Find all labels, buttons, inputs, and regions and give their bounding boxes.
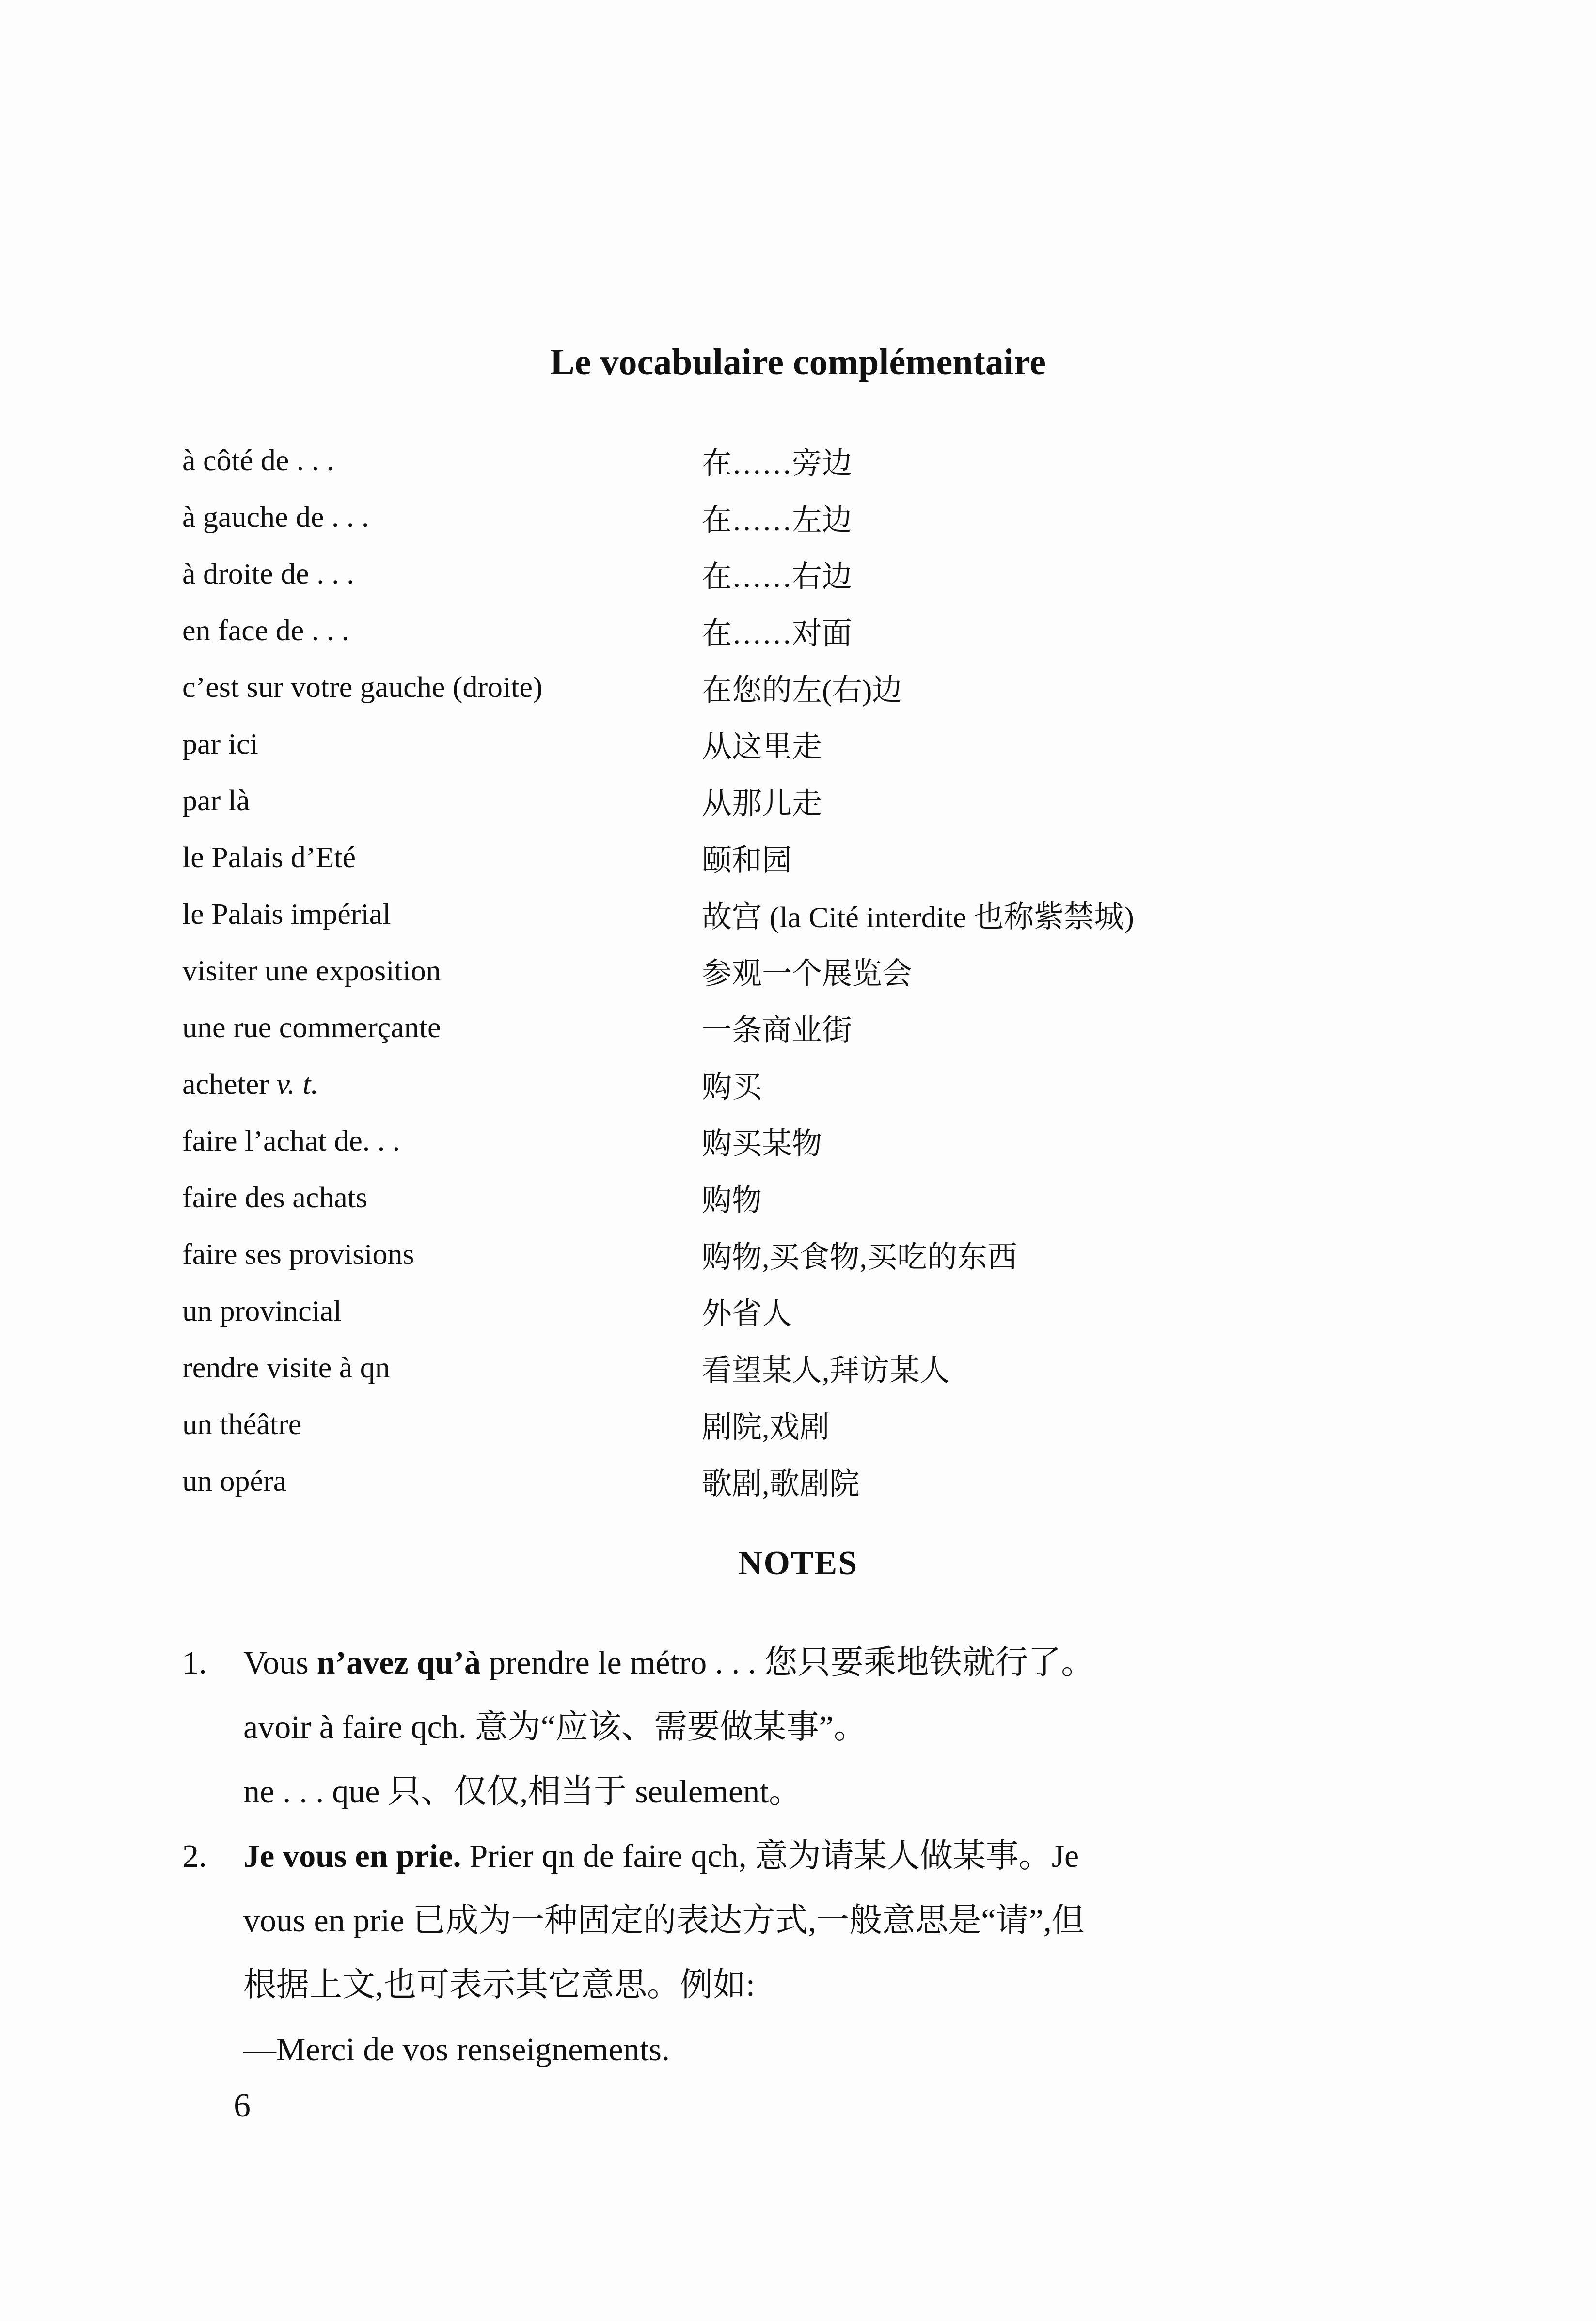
vocab-french-segment: en face de . . .	[182, 614, 349, 647]
vocab-chinese-translation: 歌剧,歌剧院	[702, 1460, 1538, 1503]
vocab-french-term: le Palais impérial	[182, 897, 702, 932]
vocab-chinese-translation: 在您的左(右)边	[702, 666, 1538, 709]
vocab-row: à côté de . . .在……旁边	[182, 432, 1538, 489]
vocab-french-segment: à gauche de . . .	[182, 501, 369, 534]
vocab-list: à côté de . . .在……旁边à gauche de . . .在………	[182, 432, 1538, 1510]
vocab-chinese-translation: 看望某人,拜访某人	[702, 1346, 1538, 1389]
vocab-french-segment: c’est sur votre gauche (droite)	[182, 671, 543, 704]
vocab-french-term: un opéra	[182, 1464, 702, 1499]
vocab-french-segment: rendre visite à qn	[182, 1351, 390, 1384]
vocab-chinese-translation: 剧院,戏剧	[702, 1403, 1538, 1446]
note-item: 1.Vous n’avez qu’à prendre le métro . . …	[182, 1630, 1538, 1824]
vocab-french-segment: un théâtre	[182, 1408, 301, 1441]
vocab-chinese-translation: 购物,买食物,买吃的东西	[702, 1233, 1538, 1276]
page-title: Le vocabulaire complémentaire	[0, 340, 1596, 384]
vocab-row: rendre visite à qn看望某人,拜访某人	[182, 1340, 1538, 1396]
note-item: 2.Je vous en prie. Prier qn de faire qch…	[182, 1824, 1538, 2082]
vocab-french-term: à côté de . . .	[182, 443, 702, 478]
vocab-french-term: acheter v. t.	[182, 1067, 702, 1102]
vocab-chinese-translation: 一条商业街	[702, 1006, 1538, 1049]
note-text-segment: Vous	[243, 1644, 317, 1681]
note-text-segment: Je vous en prie.	[243, 1837, 461, 1874]
notes-heading: NOTES	[0, 1543, 1596, 1584]
vocab-french-term: faire l’achat de. . .	[182, 1124, 702, 1158]
vocab-row: un théâtre剧院,戏剧	[182, 1396, 1538, 1453]
note-number: 1.	[182, 1630, 243, 1695]
vocab-chinese-translation: 购买	[702, 1063, 1538, 1106]
vocab-chinese-translation: 参观一个展览会	[702, 949, 1538, 993]
vocab-row: le Palais d’Eté颐和园	[182, 829, 1538, 886]
vocab-chinese-translation: 故宫 (la Cité interdite 也称紫禁城)	[702, 893, 1538, 936]
vocab-row: en face de . . .在……对面	[182, 602, 1538, 659]
vocab-french-segment: v. t.	[276, 1068, 318, 1101]
textbook-page: Le vocabulaire complémentaire à côté de …	[0, 0, 1596, 2321]
vocab-chinese-translation: 从那儿走	[702, 779, 1538, 822]
vocab-row: à droite de . . .在……右边	[182, 546, 1538, 602]
note-line: 2.Je vous en prie. Prier qn de faire qch…	[182, 1824, 1538, 1888]
note-line: ne . . . que 只、仅仅,相当于 seulement。	[182, 1759, 1538, 1824]
vocab-french-term: c’est sur votre gauche (droite)	[182, 670, 702, 705]
vocab-chinese-translation: 购物	[702, 1176, 1538, 1219]
vocab-french-term: le Palais d’Eté	[182, 840, 702, 875]
vocab-french-term: à gauche de . . .	[182, 500, 702, 535]
page-number: 6	[234, 2085, 251, 2126]
vocab-chinese-translation: 外省人	[702, 1290, 1538, 1333]
vocab-french-segment: à côté de . . .	[182, 444, 334, 477]
vocab-chinese-translation: 颐和园	[702, 836, 1538, 879]
vocab-french-segment: visiter une exposition	[182, 954, 441, 987]
note-text-segment: 根据上文,也可表示其它意思。例如:	[243, 1966, 755, 2003]
note-text-segment: Prier qn de faire qch, 意为请某人做某事。Je	[461, 1837, 1079, 1874]
vocab-french-segment: acheter	[182, 1068, 276, 1101]
note-line: —Merci de vos renseignements.	[182, 2017, 1538, 2082]
note-text-segment: —Merci de vos renseignements.	[243, 2031, 670, 2068]
note-text-segment: n’avez qu’à	[317, 1644, 481, 1681]
vocab-french-segment: un opéra	[182, 1465, 286, 1498]
note-line: 根据上文,也可表示其它意思。例如:	[182, 1953, 1538, 2017]
vocab-chinese-translation: 在……右边	[702, 553, 1538, 596]
vocab-row: faire ses provisions购物,买食物,买吃的东西	[182, 1226, 1538, 1283]
vocab-row: le Palais impérial故宫 (la Cité interdite …	[182, 886, 1538, 943]
note-line: avoir à faire qch. 意为“应该、需要做某事”。	[182, 1695, 1538, 1759]
vocab-chinese-translation: 在……左边	[702, 496, 1538, 539]
vocab-french-segment: à droite de . . .	[182, 557, 354, 590]
vocab-french-segment: par là	[182, 784, 250, 817]
vocab-french-segment: par ici	[182, 727, 258, 760]
vocab-row: une rue commerçante一条商业街	[182, 999, 1538, 1056]
note-text-segment: ne . . . que 只、仅仅,相当于 seulement。	[243, 1773, 802, 1810]
note-number: 2.	[182, 1824, 243, 1888]
vocab-french-segment: le Palais d’Eté	[182, 841, 356, 874]
vocab-french-term: visiter une exposition	[182, 954, 702, 988]
note-text-segment: prendre le métro . . . 您只要乘地铁就行了。	[481, 1644, 1094, 1681]
vocab-french-segment: un provincial	[182, 1295, 342, 1327]
vocab-french-segment: faire l’achat de. . .	[182, 1124, 400, 1157]
vocab-french-segment: faire ses provisions	[182, 1238, 414, 1271]
vocab-french-term: une rue commerçante	[182, 1011, 702, 1045]
vocab-row: acheter v. t.购买	[182, 1056, 1538, 1113]
vocab-chinese-translation: 购买某物	[702, 1120, 1538, 1163]
vocab-french-term: à droite de . . .	[182, 557, 702, 591]
note-text-segment: avoir à faire qch. 意为“应该、需要做某事”。	[243, 1708, 867, 1745]
vocab-french-term: rendre visite à qn	[182, 1351, 702, 1385]
vocab-row: un opéra歌剧,歌剧院	[182, 1453, 1538, 1510]
vocab-row: par là从那儿走	[182, 773, 1538, 829]
vocab-chinese-translation: 在……对面	[702, 609, 1538, 652]
note-text-segment: vous en prie 已成为一种固定的表达方式,一般意思是“请”,但	[243, 1902, 1085, 1939]
vocab-french-segment: le Palais impérial	[182, 898, 391, 931]
vocab-french-term: un provincial	[182, 1294, 702, 1328]
vocab-french-segment: une rue commerçante	[182, 1011, 441, 1044]
vocab-french-term: faire des achats	[182, 1181, 702, 1215]
vocab-french-term: un théâtre	[182, 1407, 702, 1442]
vocab-row: faire l’achat de. . .购买某物	[182, 1113, 1538, 1169]
vocab-row: un provincial外省人	[182, 1283, 1538, 1340]
vocab-row: à gauche de . . .在……左边	[182, 489, 1538, 546]
vocab-french-term: par ici	[182, 727, 702, 761]
vocab-chinese-translation: 从这里走	[702, 723, 1538, 766]
vocab-row: par ici从这里走	[182, 716, 1538, 773]
vocab-french-term: en face de . . .	[182, 614, 702, 648]
vocab-row: c’est sur votre gauche (droite)在您的左(右)边	[182, 659, 1538, 716]
vocab-french-segment: faire des achats	[182, 1181, 367, 1214]
vocab-chinese-translation: 在……旁边	[702, 439, 1538, 482]
vocab-french-term: faire ses provisions	[182, 1237, 702, 1272]
vocab-row: faire des achats购物	[182, 1169, 1538, 1226]
vocab-row: visiter une exposition参观一个展览会	[182, 943, 1538, 999]
notes-list: 1.Vous n’avez qu’à prendre le métro . . …	[182, 1630, 1538, 2082]
note-line: vous en prie 已成为一种固定的表达方式,一般意思是“请”,但	[182, 1888, 1538, 1953]
note-line: 1.Vous n’avez qu’à prendre le métro . . …	[182, 1630, 1538, 1695]
vocab-french-term: par là	[182, 784, 702, 818]
